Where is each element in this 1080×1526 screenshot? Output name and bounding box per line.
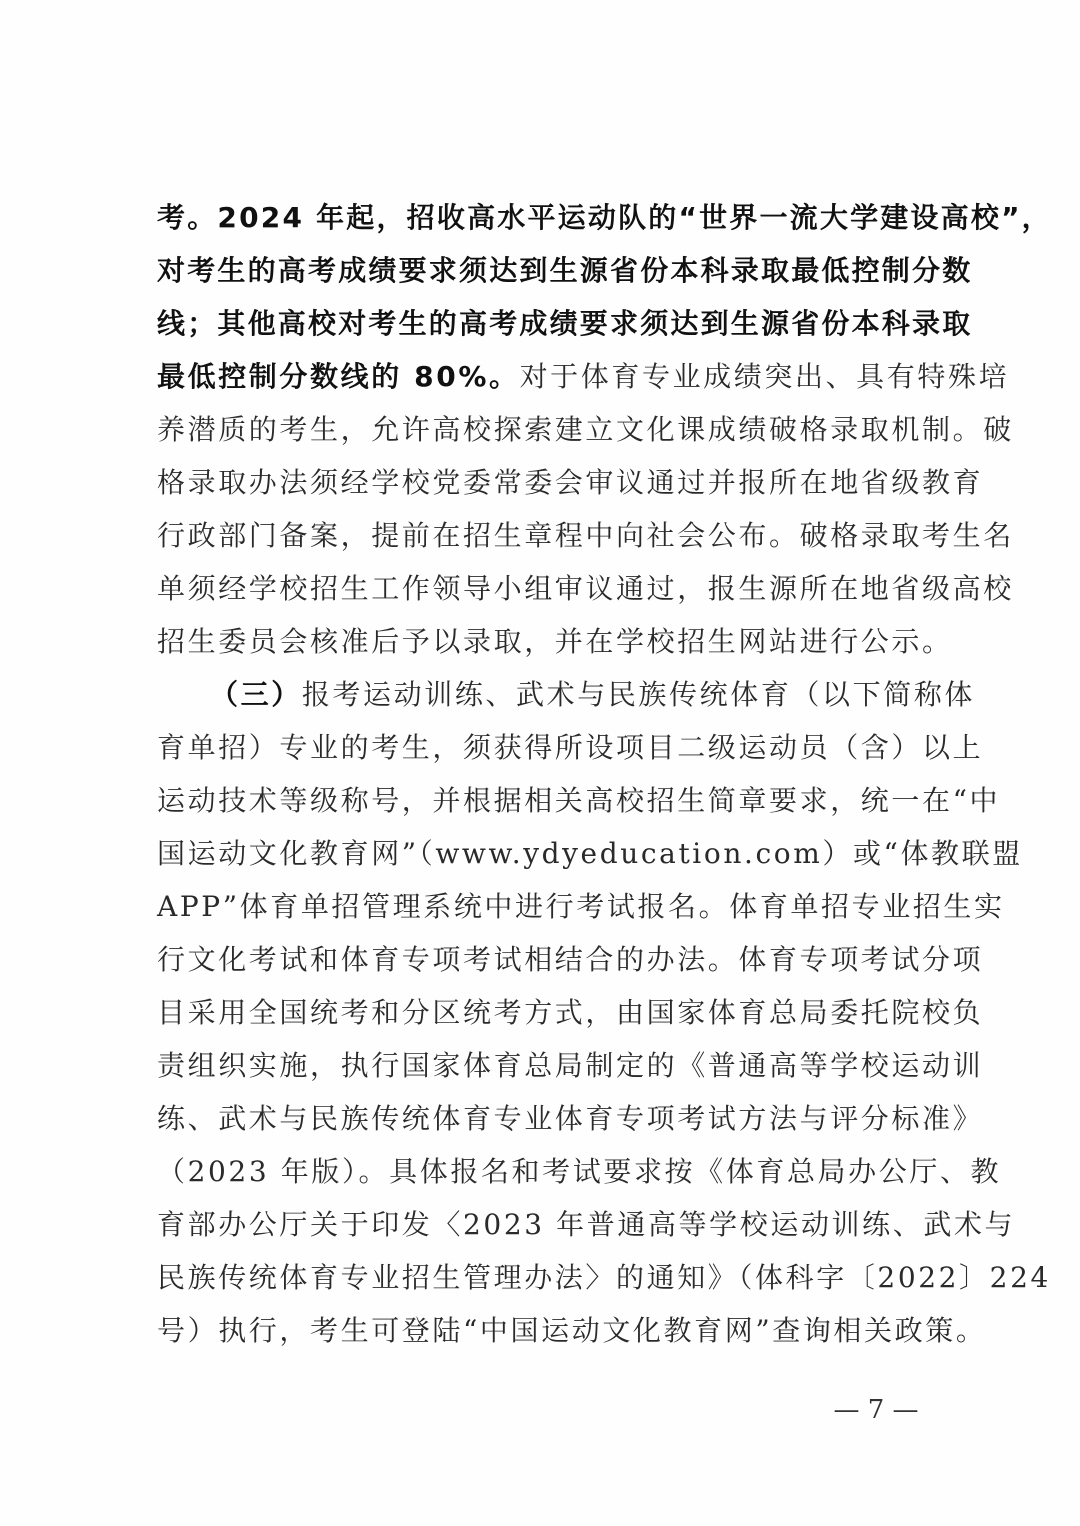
text-line: 线；其他高校对考生的高考成绩要求须达到生源省份本科录取 bbox=[157, 302, 947, 346]
text-line: 行政部门备案，提前在招生章程中向社会公布。破格录取考生名 bbox=[157, 514, 947, 558]
body-text: 养潜质的考生，允许高校探索建立文化课成绩破格录取机制。破 bbox=[157, 413, 1014, 446]
body-text: 号）执行，考生可登陆“中国运动文化教育网”查询相关政策。 bbox=[157, 1314, 986, 1347]
text-line: 最低控制分数线的 80%。对于体育专业成绩突出、具有特殊培 bbox=[157, 355, 947, 399]
document-page: 考。2024 年起，招收高水平运动队的“世界一流大学建设高校”， 对考生的高考成… bbox=[0, 0, 1080, 1526]
text-line: 招生委员会核准后予以录取，并在学校招生网站进行公示。 bbox=[157, 620, 947, 664]
text-line: （2023 年版）。具体报名和考试要求按《体育总局办公厅、教 bbox=[157, 1150, 947, 1194]
body-text: 行文化考试和体育专项考试相结合的办法。体育专项考试分项 bbox=[157, 943, 983, 976]
text-line: 号）执行，考生可登陆“中国运动文化教育网”查询相关政策。 bbox=[157, 1309, 947, 1353]
text-line: 对考生的高考成绩要求须达到生源省份本科录取最低控制分数 bbox=[157, 249, 947, 293]
bold-text: 线；其他高校对考生的高考成绩要求须达到生源省份本科录取 bbox=[157, 307, 972, 340]
section-heading: （三） bbox=[210, 678, 302, 711]
body-text: 育部办公厅关于印发〈2023 年普通高等学校运动训练、武术与 bbox=[157, 1208, 1015, 1241]
bold-text: 最低控制分数线的 80%。 bbox=[157, 360, 520, 393]
body-text: 报考运动训练、武术与民族传统体育（以下简称体 bbox=[302, 678, 975, 711]
body-text: 运动技术等级称号，并根据相关高校招生简章要求，统一在“中 bbox=[157, 784, 1000, 817]
text-line: 考。2024 年起，招收高水平运动队的“世界一流大学建设高校”， bbox=[157, 196, 947, 240]
body-text: 国运动文化教育网”（www.ydyeducation.com）或“体教联盟 bbox=[157, 837, 1023, 870]
body-text: 目采用全国统考和分区统考方式，由国家体育总局委托院校负 bbox=[157, 996, 983, 1029]
text-line: 育单招）专业的考生，须获得所设项目二级运动员（含）以上 bbox=[157, 726, 947, 770]
body-text: 育单招）专业的考生，须获得所设项目二级运动员（含）以上 bbox=[157, 731, 983, 764]
text-line: 练、武术与民族传统体育专业体育专项考试方法与评分标准》 bbox=[157, 1097, 947, 1141]
text-line: 民族传统体育专业招生管理办法〉的通知》（体科字〔2022〕224 bbox=[157, 1256, 947, 1300]
text-line: 养潜质的考生，允许高校探索建立文化课成绩破格录取机制。破 bbox=[157, 408, 947, 452]
bold-text: 考。2024 年起，招收高水平运动队的“世界一流大学建设高校”， bbox=[157, 201, 1052, 234]
body-text: APP”体育单招管理系统中进行考试报名。体育单招专业招生实 bbox=[157, 890, 1005, 923]
bold-text: 对考生的高考成绩要求须达到生源省份本科录取最低控制分数 bbox=[157, 254, 972, 287]
body-text: 对于体育专业成绩突出、具有特殊培 bbox=[520, 360, 1010, 393]
text-line: APP”体育单招管理系统中进行考试报名。体育单招专业招生实 bbox=[157, 885, 947, 929]
text-line: （三）报考运动训练、武术与民族传统体育（以下简称体 bbox=[210, 673, 947, 717]
body-text: 招生委员会核准后予以录取，并在学校招生网站进行公示。 bbox=[157, 625, 953, 658]
text-line: 行文化考试和体育专项考试相结合的办法。体育专项考试分项 bbox=[157, 938, 947, 982]
text-line: 运动技术等级称号，并根据相关高校招生简章要求，统一在“中 bbox=[157, 779, 947, 823]
body-text: 责组织实施，执行国家体育总局制定的《普通高等学校运动训 bbox=[157, 1049, 983, 1082]
body-text: 单须经学校招生工作领导小组审议通过，报生源所在地省级高校 bbox=[157, 572, 1014, 605]
body-text: 练、武术与民族传统体育专业体育专项考试方法与评分标准》 bbox=[157, 1102, 983, 1135]
text-line: 单须经学校招生工作领导小组审议通过，报生源所在地省级高校 bbox=[157, 567, 947, 611]
body-text: 格录取办法须经学校党委常委会审议通过并报所在地省级教育 bbox=[157, 466, 983, 499]
text-line: 目采用全国统考和分区统考方式，由国家体育总局委托院校负 bbox=[157, 991, 947, 1035]
text-line: 育部办公厅关于印发〈2023 年普通高等学校运动训练、武术与 bbox=[157, 1203, 947, 1247]
body-text: （2023 年版）。具体报名和考试要求按《体育总局办公厅、教 bbox=[157, 1155, 1001, 1188]
body-text: 行政部门备案，提前在招生章程中向社会公布。破格录取考生名 bbox=[157, 519, 1014, 552]
body-text: 民族传统体育专业招生管理办法〉的通知》（体科字〔2022〕224 bbox=[157, 1261, 1051, 1294]
page-number: — 7 — bbox=[826, 1392, 926, 1428]
text-line: 格录取办法须经学校党委常委会审议通过并报所在地省级教育 bbox=[157, 461, 947, 505]
text-line: 责组织实施，执行国家体育总局制定的《普通高等学校运动训 bbox=[157, 1044, 947, 1088]
text-line: 国运动文化教育网”（www.ydyeducation.com）或“体教联盟 bbox=[157, 832, 947, 876]
